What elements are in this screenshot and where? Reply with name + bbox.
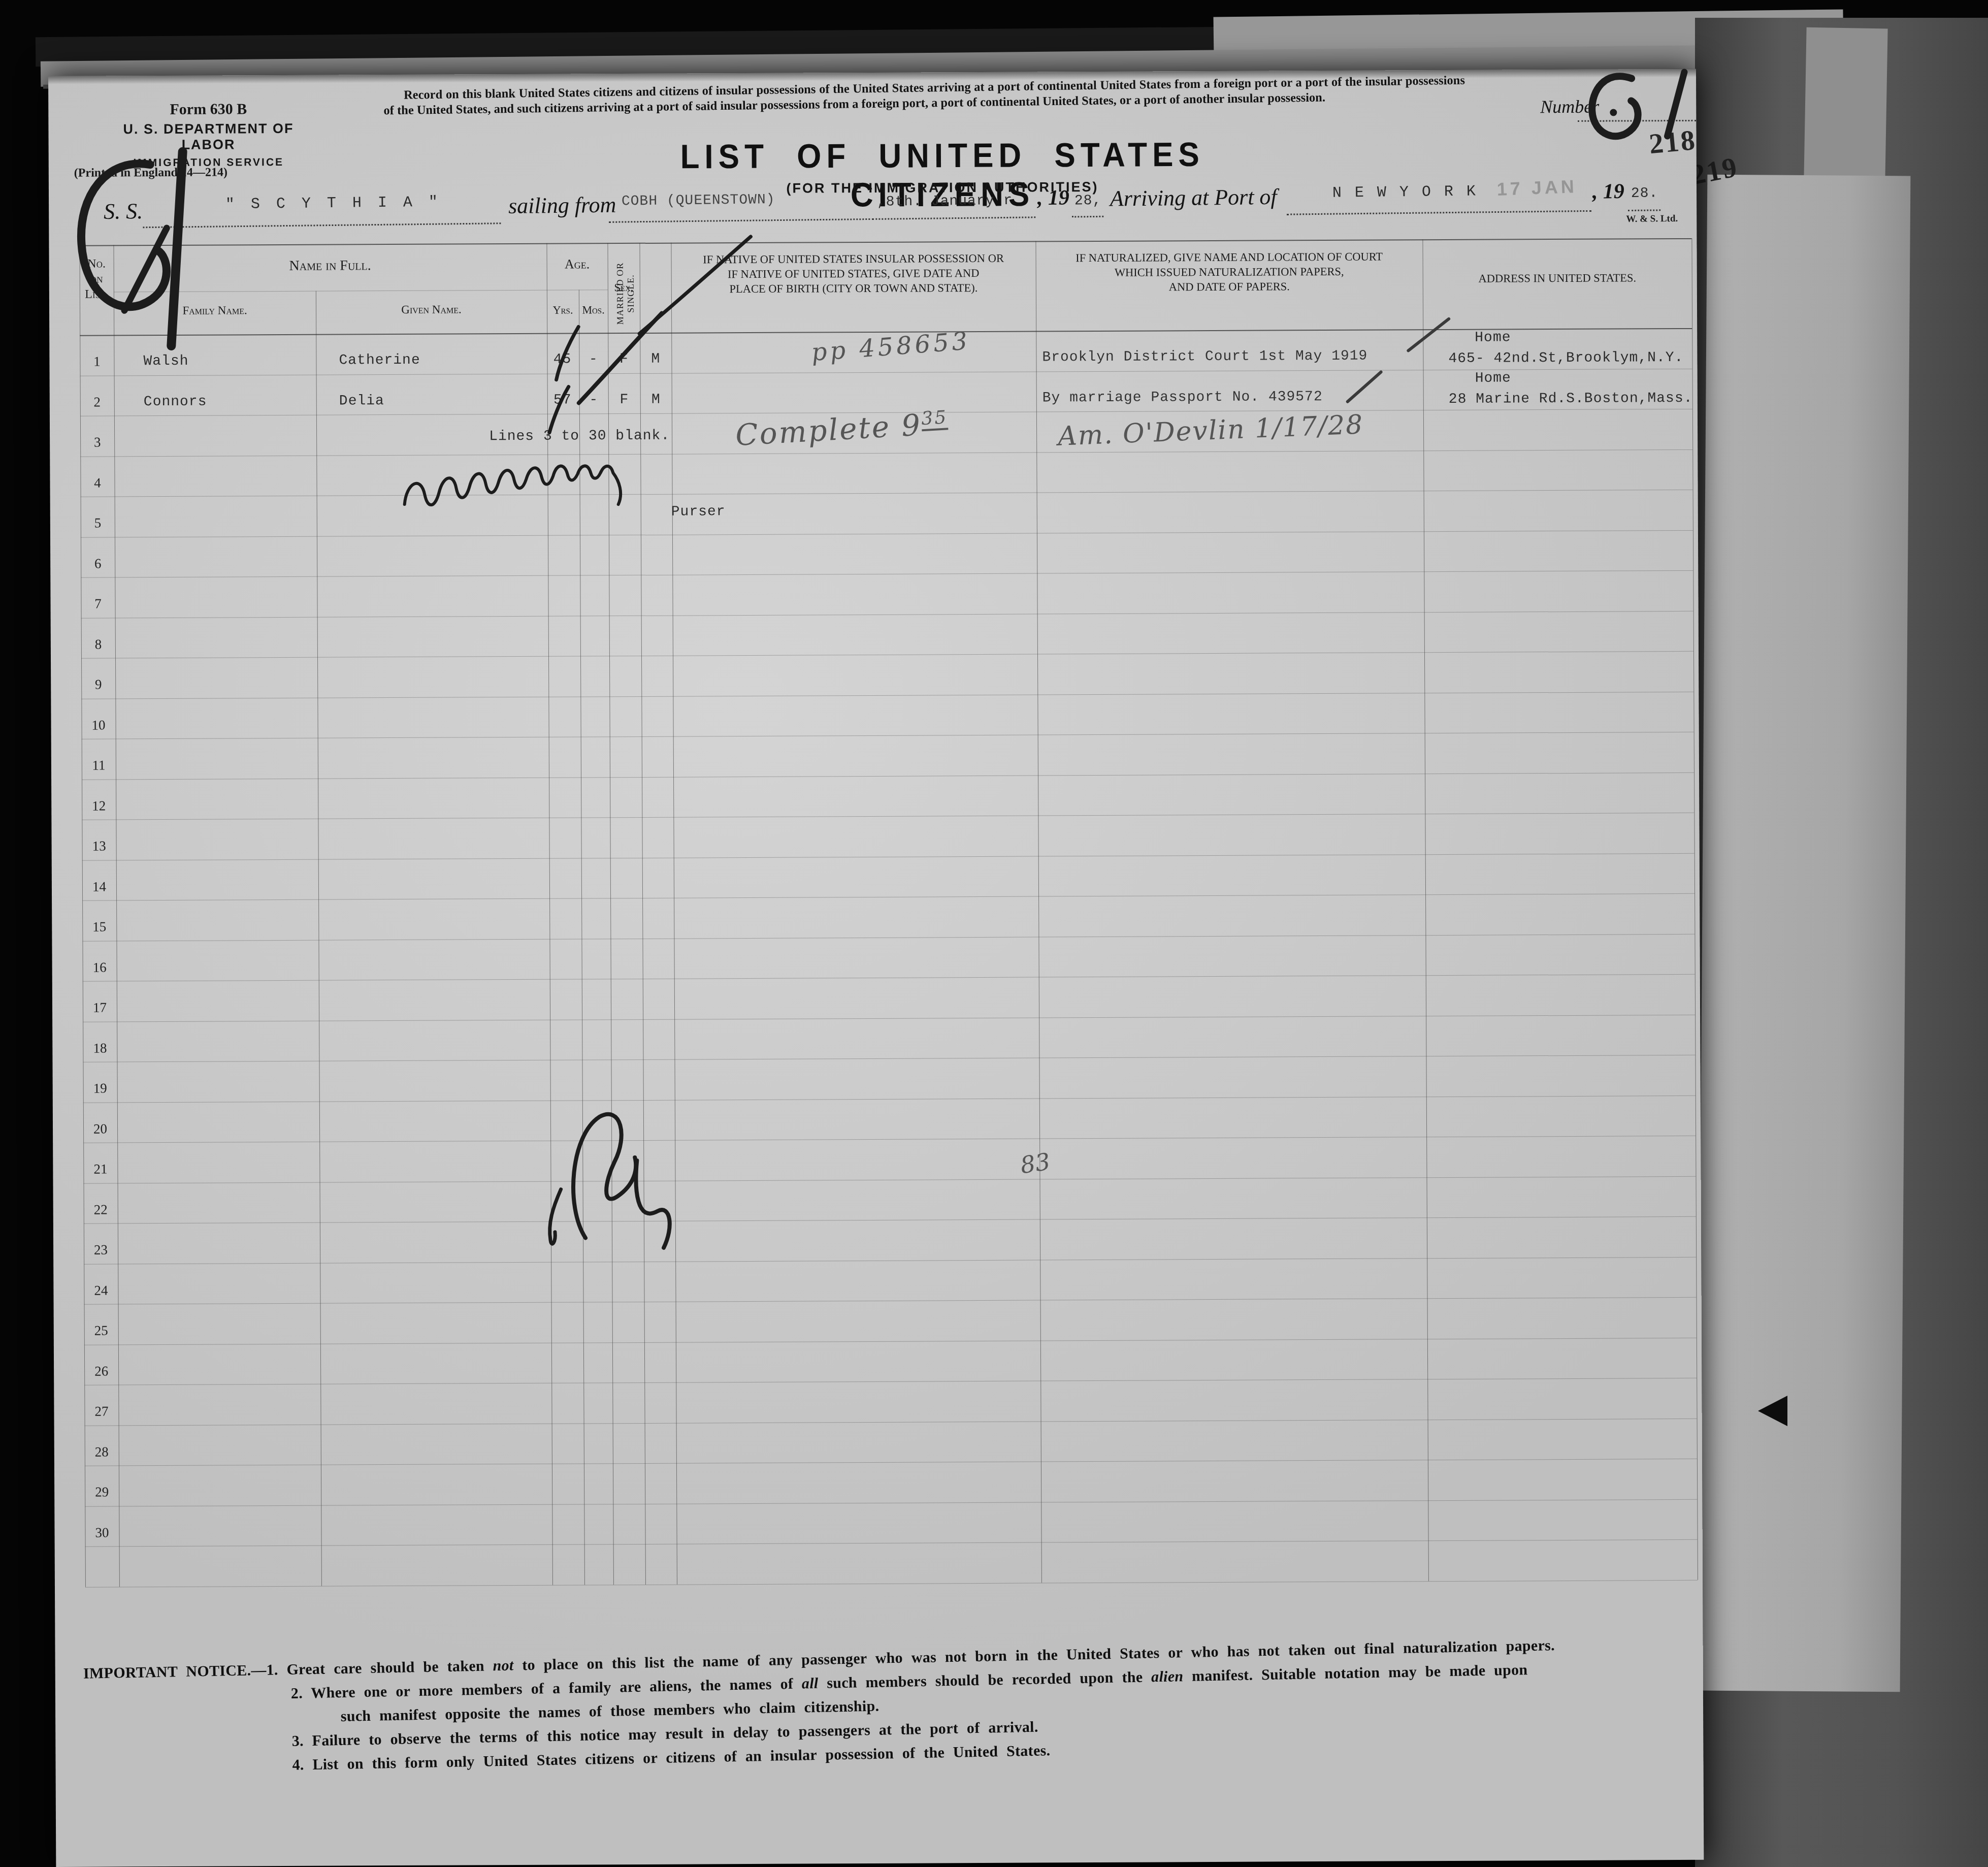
row20-scribble bbox=[573, 1114, 670, 1248]
corner-marker-triangle bbox=[1758, 1396, 1787, 1426]
notice-label: IMPORTANT NOTICE.— bbox=[83, 1662, 267, 1682]
number-scrawl-one bbox=[1667, 72, 1685, 136]
rows-long-slash bbox=[578, 313, 662, 403]
scanned-manifest-page: { "scan": { "page_stamp_left": "218", "p… bbox=[0, 0, 1988, 1867]
row2-checkmark bbox=[549, 387, 569, 433]
row1-nat-check bbox=[1408, 319, 1449, 350]
number-scrawl-dot bbox=[1610, 109, 1617, 116]
q1-corner-one bbox=[171, 152, 184, 346]
row21-tick bbox=[549, 1189, 561, 1244]
row1-checkmark bbox=[556, 327, 578, 379]
row2-nat-check bbox=[1348, 372, 1381, 402]
right-next-sheet bbox=[1697, 175, 1911, 1692]
q1-corner-scrawl bbox=[81, 164, 167, 307]
number-scrawl-circle bbox=[1592, 76, 1638, 136]
purser-signature bbox=[404, 466, 621, 505]
q1-corner-tail bbox=[124, 228, 167, 310]
right-top-sheet-corner bbox=[1804, 27, 1887, 181]
handwriting-strokes bbox=[48, 69, 1704, 1867]
manifest-sheet: Form 630 B U. S. DEPARTMENT OF LABOR IMM… bbox=[48, 69, 1704, 1867]
